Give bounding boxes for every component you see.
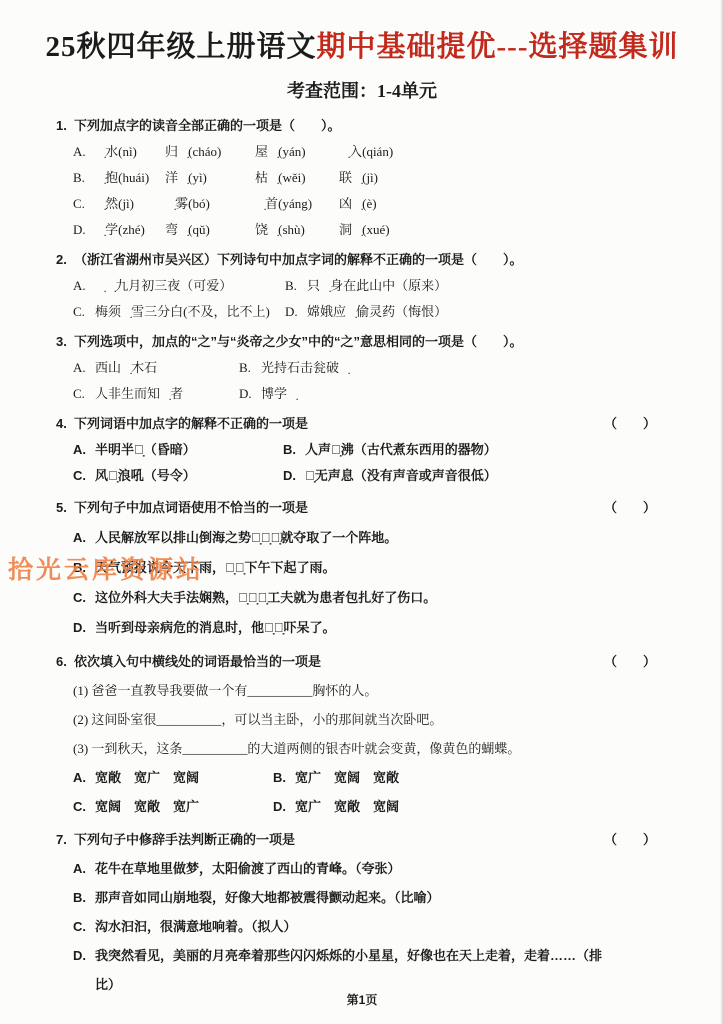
option-text: 悄̣无声息（没有声音或声音很低） <box>305 463 684 489</box>
option-text: 宽广 宽敞 宽阔 <box>295 792 684 821</box>
question-7: 7. 下列句子中修辞手法判断正确的一项是 （ ） A. 花牛在草地里做梦，太阳偷… <box>56 825 684 999</box>
word-item: 怀̣抱(huái) <box>95 165 165 191</box>
option-text: 人非生而知之̣者 <box>95 381 239 407</box>
word-item: 枯萎̣(wěi) <box>255 165 339 191</box>
answer-blank: （ ） <box>604 825 656 854</box>
option-text: 梅须逊̣雪三分白(不及，比不上) <box>95 299 285 325</box>
stem-text: 下列选项中，加点的“之”与“炎帝之少女”中的“之”意思相同的一项是（ ）。 <box>74 329 523 355</box>
option-text: 当听到母亲病危的消息时，他顿̣时̣吓呆了。 <box>95 613 684 643</box>
page-number: 第1页 <box>0 991 724 1008</box>
option-text: 只缘̣身在此山中（原来） <box>307 273 684 299</box>
question-6-body: (1) 爸爸一直教导我要做一个有__________胸怀的人。 (2) 这间卧室… <box>56 676 684 821</box>
exam-scope-subtitle: 考查范围：1-4单元 <box>0 77 724 103</box>
word-item: 饶恕̣(shù) <box>255 217 339 243</box>
option-letter: C. <box>73 792 95 821</box>
option-letter: D. <box>285 299 307 325</box>
option-text: 人民解放军以排山倒海之势刹̣那̣间̣就夺取了一个阵地。 <box>95 523 684 553</box>
word-item: 屋檐̣(yán) <box>255 139 339 165</box>
word-item: 薄̣雾(bó) <box>165 191 255 217</box>
question-1: 1. 下列加点字的读音全部正确的一项是（ ）。 A. 溺̣水(nì) 归巢̣(c… <box>56 113 684 243</box>
option-letter: A. <box>73 854 95 883</box>
option-text: 西山之̣木石 <box>95 355 239 381</box>
option-b: B. 那声音如同山崩地裂，好像大地都被震得颤动起来。（比喻） <box>73 883 684 912</box>
option-row-a: A. 溺̣水(nì) 归巢̣(cháo) 屋檐̣(yán) 潜̣入(qián) <box>73 139 684 165</box>
question-7-stem: 7. 下列句子中修辞手法判断正确的一项是 （ ） <box>56 825 684 854</box>
option-text: 嫦娥应悔̣偷灵药（悔恨） <box>307 299 684 325</box>
option-row-ab: A. 半明半昧̣（昏暗） B. 人声鼎̣沸（古代煮东西用的器物） <box>73 437 684 463</box>
question-3-stem: 3. 下列选项中，加点的“之”与“炎帝之少女”中的“之”意思相同的一项是（ ）。 <box>56 329 684 355</box>
word-item: 洋溢̣(yì) <box>165 165 255 191</box>
option-text: 博学之̣ <box>261 381 684 407</box>
option-letter: B. <box>73 165 95 191</box>
option-letter: D. <box>273 792 295 821</box>
option-text: 沟水汩汩，很满意地响着。（拟人） <box>95 912 620 941</box>
option-letter: C. <box>73 912 95 941</box>
question-2-stem: 2. （浙江省湖州市吴兴区）下列诗句中加点字词的解释不正确的一项是（ ）。 <box>56 247 684 273</box>
option-text: 可̣怜̣九月初三夜（可爱） <box>95 273 285 299</box>
option-letter: A. <box>73 437 95 463</box>
question-5: 5. 下列句子中加点词语使用不恰当的一项是 （ ） A. 人民解放军以排山倒海之… <box>56 493 684 643</box>
stem-text: 依次填入句中横线处的词语最恰当的一项是 <box>74 647 321 676</box>
option-row-c: C. 既̣然(jì) 薄̣雾(bó) 昂̣首(yáng) 凶恶̣(è) <box>73 191 684 217</box>
option-letter: D. <box>73 613 95 643</box>
stem-text: 下列句子中修辞手法判断正确的一项是 <box>74 825 295 854</box>
question-number: 3. <box>56 329 74 355</box>
option-letter: B. <box>285 273 307 299</box>
option-letter: D. <box>239 381 261 407</box>
question-7-options: A. 花牛在草地里做梦，太阳偷渡了西山的青峰。（夸张） B. 那声音如同山崩地裂… <box>56 854 684 999</box>
option-text: 人声鼎̣沸（古代煮东西用的器物） <box>305 437 684 463</box>
option-letter: D. <box>73 217 95 243</box>
word-item: 既̣然(jì) <box>95 191 165 217</box>
option-text: 宽敞 宽广 宽阔 <box>95 763 273 792</box>
word-item: 凶恶̣(è) <box>339 191 684 217</box>
stem-text: （浙江省湖州市吴兴区）下列诗句中加点字词的解释不正确的一项是（ ）。 <box>74 247 523 273</box>
question-3: 3. 下列选项中，加点的“之”与“炎帝之少女”中的“之”意思相同的一项是（ ）。… <box>56 329 684 407</box>
option-b: B. 天气预报说今天下雨，忽̣然̣下午下起了雨。 <box>73 553 684 583</box>
question-1-options: A. 溺̣水(nì) 归巢̣(cháo) 屋檐̣(yán) 潜̣入(qián) … <box>56 139 684 243</box>
option-letter: C. <box>73 299 95 325</box>
option-row-ab: A. 宽敞 宽广 宽阔 B. 宽广 宽阔 宽敞 <box>73 763 684 792</box>
question-4-options: A. 半明半昧̣（昏暗） B. 人声鼎̣沸（古代煮东西用的器物） C. 风号̣浪… <box>56 437 684 489</box>
question-4-stem: 4. 下列词语中加点字的解释不正确的一项是 （ ） <box>56 411 684 437</box>
option-text: 这位外科大夫手法娴熟，一̣会̣儿̣工夫就为患者包扎好了伤口。 <box>95 583 684 613</box>
word-item: 溺̣水(nì) <box>95 139 165 165</box>
question-6: 6. 依次填入句中横线处的词语最恰当的一项是 （ ） (1) 爸爸一直教导我要做… <box>56 647 684 821</box>
option-text: 风号̣浪吼（号令） <box>95 463 283 489</box>
option-letter: B. <box>239 355 261 381</box>
option-a: A. 人民解放军以排山倒海之势刹̣那̣间̣就夺取了一个阵地。 <box>73 523 684 553</box>
fill-blank-sentence-3: (3) 一到秋天，这条__________的大道两侧的银杏叶就会变黄，像黄色的蝴… <box>73 734 684 763</box>
question-5-stem: 5. 下列句子中加点词语使用不恰当的一项是 （ ） <box>56 493 684 523</box>
stem-text: 下列句子中加点词语使用不恰当的一项是 <box>74 493 308 523</box>
question-2-options: A. 可̣怜̣九月初三夜（可爱） B. 只缘̣身在此山中（原来） C. 梅须逊̣… <box>56 273 684 325</box>
option-row-ab: A. 可̣怜̣九月初三夜（可爱） B. 只缘̣身在此山中（原来） <box>73 273 684 299</box>
stem-text: 下列词语中加点字的解释不正确的一项是 <box>74 411 308 437</box>
option-a: A. 花牛在草地里做梦，太阳偷渡了西山的青峰。（夸张） <box>73 854 684 883</box>
question-4: 4. 下列词语中加点字的解释不正确的一项是 （ ） A. 半明半昧̣（昏暗） B… <box>56 411 684 489</box>
option-letter: B. <box>283 437 305 463</box>
option-c: C. 沟水汩汩，很满意地响着。（拟人） <box>73 912 684 941</box>
questions-area: 1. 下列加点字的读音全部正确的一项是（ ）。 A. 溺̣水(nì) 归巢̣(c… <box>0 103 724 999</box>
stem-text: 下列加点字的读音全部正确的一项是（ ）。 <box>74 113 341 139</box>
option-letter: C. <box>73 381 95 407</box>
question-number: 5. <box>56 493 74 523</box>
scan-edge-artifact <box>720 0 724 1024</box>
question-number: 6. <box>56 647 74 676</box>
word-item: 弯曲̣(qǔ) <box>165 217 255 243</box>
option-row-b: B. 怀̣抱(huái) 洋溢̣(yì) 枯萎̣(wěi) 联系̣(jì) <box>73 165 684 191</box>
option-letter: B. <box>73 553 95 583</box>
option-letter: A. <box>73 139 95 165</box>
fill-blank-sentence-2: (2) 这间卧室很__________，可以当主卧，小的那间就当次卧吧。 <box>73 705 684 734</box>
option-letter: B. <box>273 763 295 792</box>
option-text: 宽广 宽阔 宽敞 <box>295 763 684 792</box>
option-letter: A. <box>73 523 95 553</box>
option-row-cd: C. 人非生而知之̣者 D. 博学之̣ <box>73 381 684 407</box>
page-title: 25秋四年级上册语文期中基础提优---选择题集训 <box>0 0 724 65</box>
option-row-d: D. 哲̣学(zhé) 弯曲̣(qǔ) 饶恕̣(shù) 洞穴̣(xué) <box>73 217 684 243</box>
question-number: 2. <box>56 247 74 273</box>
option-row-cd: C. 风号̣浪吼（号令） D. 悄̣无声息（没有声音或声音很低） <box>73 463 684 489</box>
word-item: 联系̣(jì) <box>339 165 684 191</box>
option-letter: C. <box>73 583 95 613</box>
option-text: 花牛在草地里做梦，太阳偷渡了西山的青峰。（夸张） <box>95 854 620 883</box>
word-item: 洞穴̣(xué) <box>339 217 684 243</box>
question-1-stem: 1. 下列加点字的读音全部正确的一项是（ ）。 <box>56 113 684 139</box>
word-item: 昂̣首(yáng) <box>255 191 339 217</box>
option-text: 那声音如同山崩地裂，好像大地都被震得颤动起来。（比喻） <box>95 883 620 912</box>
question-3-options: A. 西山之̣木石 B. 光持石击瓮破之̣ C. 人非生而知之̣者 D. 博学之… <box>56 355 684 407</box>
option-text: 天气预报说今天下雨，忽̣然̣下午下起了雨。 <box>95 553 684 583</box>
option-letter: B. <box>73 883 95 912</box>
option-c: C. 这位外科大夫手法娴熟，一̣会̣儿̣工夫就为患者包扎好了伤口。 <box>73 583 684 613</box>
answer-blank: （ ） <box>604 411 656 437</box>
option-row-ab: A. 西山之̣木石 B. 光持石击瓮破之̣ <box>73 355 684 381</box>
option-letter: D. <box>283 463 305 489</box>
answer-blank: （ ） <box>604 493 656 523</box>
answer-blank: （ ） <box>604 647 656 676</box>
question-number: 4. <box>56 411 74 437</box>
option-letter: A. <box>73 273 95 299</box>
question-5-options: A. 人民解放军以排山倒海之势刹̣那̣间̣就夺取了一个阵地。 B. 天气预报说今… <box>56 523 684 643</box>
fill-blank-sentence-1: (1) 爸爸一直教导我要做一个有__________胸怀的人。 <box>73 676 684 705</box>
title-black-part: 25秋四年级上册语文 <box>46 31 317 63</box>
question-6-stem: 6. 依次填入句中横线处的词语最恰当的一项是 （ ） <box>56 647 684 676</box>
exam-page: 25秋四年级上册语文期中基础提优---选择题集训 考查范围：1-4单元 1. 下… <box>0 0 724 1024</box>
question-2: 2. （浙江省湖州市吴兴区）下列诗句中加点字词的解释不正确的一项是（ ）。 A.… <box>56 247 684 325</box>
option-text: 宽阔 宽敞 宽广 <box>95 792 273 821</box>
option-letter: C. <box>73 463 95 489</box>
option-letter: C. <box>73 191 95 217</box>
word-item: 潜̣入(qián) <box>339 139 684 165</box>
option-row-cd: C. 宽阔 宽敞 宽广 D. 宽广 宽敞 宽阔 <box>73 792 684 821</box>
option-text: 光持石击瓮破之̣ <box>261 355 684 381</box>
option-text: 半明半昧̣（昏暗） <box>95 437 283 463</box>
option-d: D. 当听到母亲病危的消息时，他顿̣时̣吓呆了。 <box>73 613 684 643</box>
word-item: 哲̣学(zhé) <box>95 217 165 243</box>
question-number: 1. <box>56 113 74 139</box>
option-row-cd: C. 梅须逊̣雪三分白(不及，比不上) D. 嫦娥应悔̣偷灵药（悔恨） <box>73 299 684 325</box>
question-number: 7. <box>56 825 74 854</box>
option-letter: A. <box>73 763 95 792</box>
word-item: 归巢̣(cháo) <box>165 139 255 165</box>
title-red-part: 期中基础提优---选择题集训 <box>317 31 679 63</box>
option-letter: A. <box>73 355 95 381</box>
